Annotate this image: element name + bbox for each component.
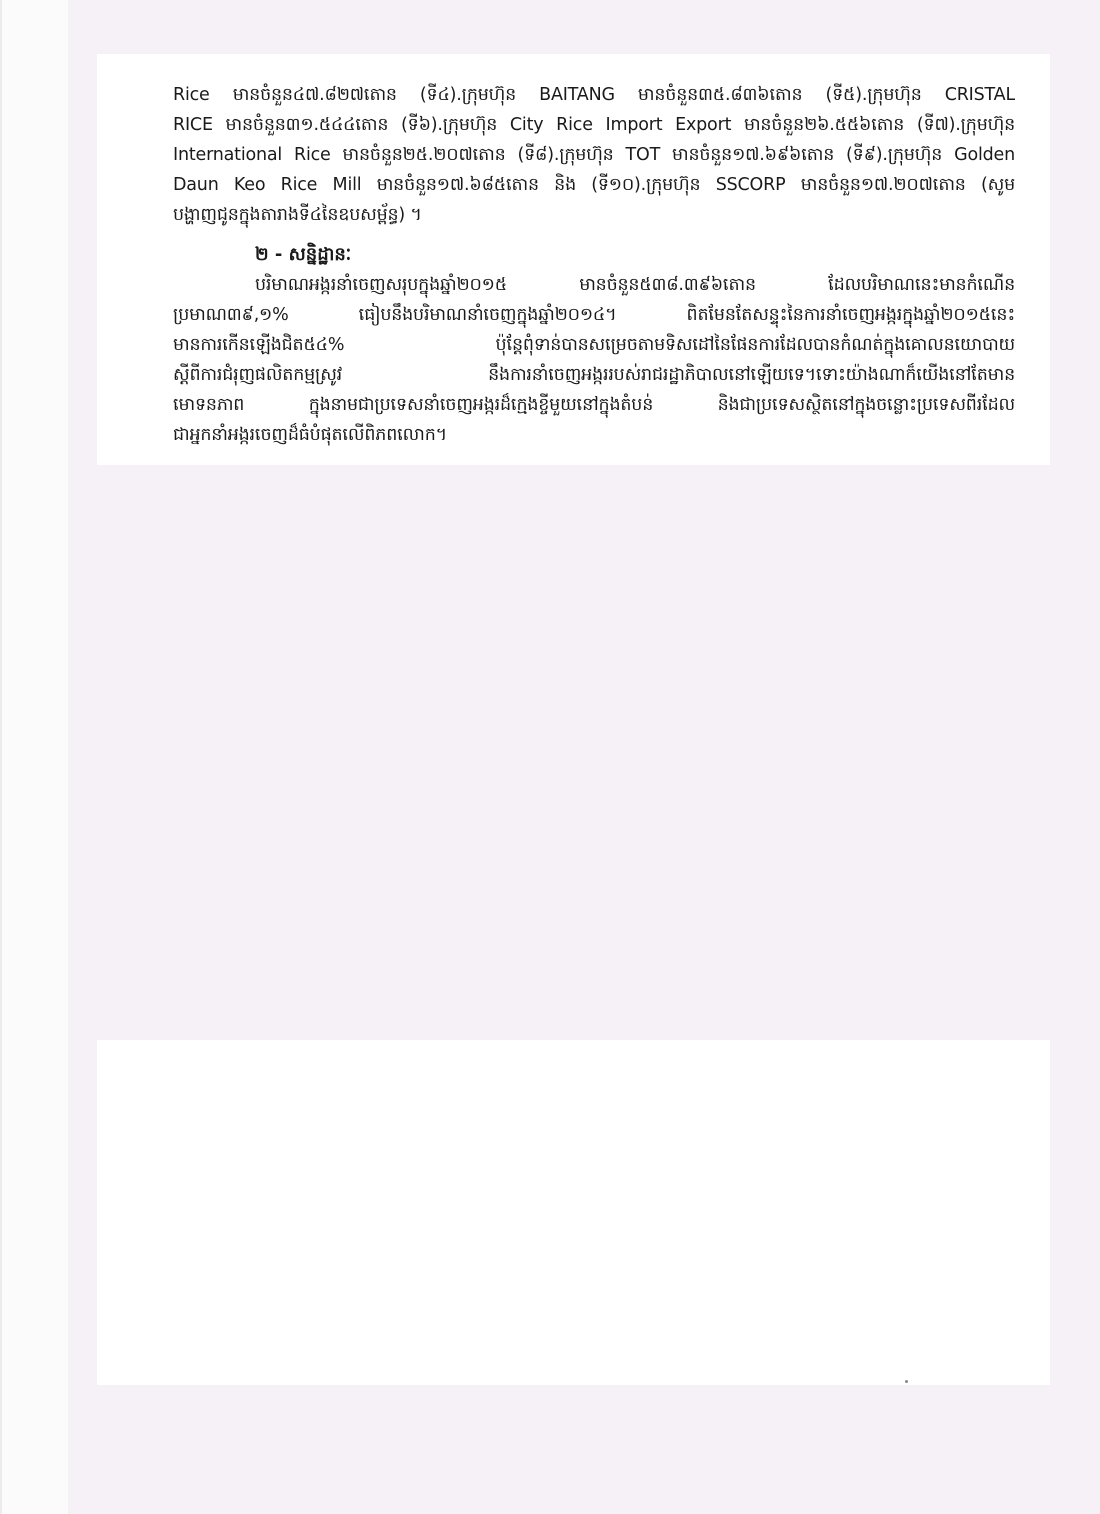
- paragraph-line: បង្ហាញជូនក្នុងតារាងទី៤នៃឧបសម្ព័ន្ធ) ។: [173, 200, 1015, 230]
- paragraph-line: ស្តីពីការជំរុញផលិតកម្មស្រូវ នឹងការនាំចេញ…: [173, 360, 1015, 390]
- paragraph-line: មានការកើនឡើងជិត៥៤% ប៉ុន្តែពុំទាន់បានសម្រ…: [173, 330, 1015, 360]
- section-heading-conclusion: ២ - សន្និដ្ឋានៈ: [255, 240, 351, 270]
- scan-speck: [905, 1380, 908, 1383]
- paragraph-line: ប្រមាណ៣៩,១% ធៀបនឹងបរិមាណនាំចេញក្នុងឆ្នាំ…: [173, 300, 1015, 330]
- paragraph-line: RICE មានចំនួន៣១.៥៤៤តោន (ទី៦).ក្រុមហ៊ុន C…: [173, 110, 1015, 140]
- scanner-margin-strip: [0, 0, 68, 1514]
- paragraph-line: International Rice មានចំនួន២៥.២០៧តោន (ទី…: [173, 140, 1015, 170]
- blank-scanned-region: [97, 1040, 1050, 1385]
- paragraph-line: បរិមាណអង្ករនាំចេញសរុបក្នុងឆ្នាំ២០១៥ មានច…: [173, 270, 1015, 300]
- paragraph-line: មោទនភាព ក្នុងនាមជាប្រទេសនាំចេញអង្ករដ៏ក្ម…: [173, 390, 1015, 420]
- paragraph-line: Rice មានចំនួន៤៧.៨២៧តោន (ទី៤).ក្រុមហ៊ុន B…: [173, 80, 1015, 110]
- company-ranking-paragraph: Rice មានចំនួន៤៧.៨២៧តោន (ទី៤).ក្រុមហ៊ុន B…: [173, 80, 1015, 230]
- conclusion-paragraph: បរិមាណអង្ករនាំចេញសរុបក្នុងឆ្នាំ២០១៥ មានច…: [173, 270, 1015, 450]
- paragraph-line: ជាអ្នកនាំអង្ករចេញដ៏ធំបំផុតលើពិភពលោក។: [173, 420, 1015, 450]
- paragraph-line: Daun Keo Rice Mill មានចំនួន១៧.៦៨៥តោន និង…: [173, 170, 1015, 200]
